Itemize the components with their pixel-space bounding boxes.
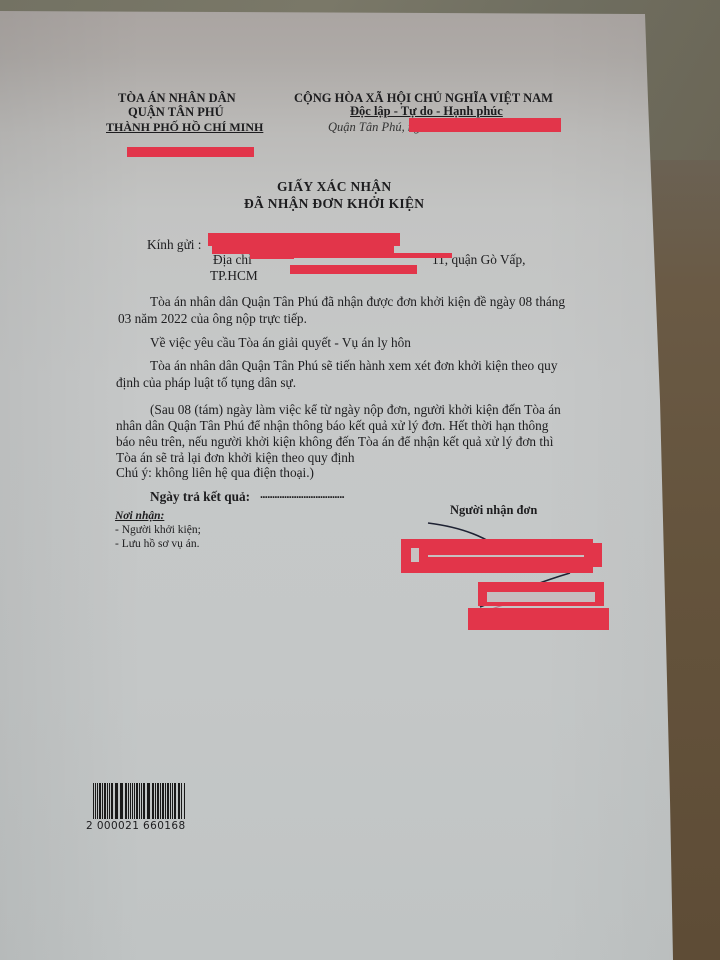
barcode <box>93 783 185 819</box>
court-name-line1: TÒA ÁN NHÂN DÂN <box>118 91 226 106</box>
redacted-date <box>409 118 561 132</box>
para3-line1: Tòa án nhân dân Quận Tân Phú sẽ tiến hàn… <box>150 358 557 374</box>
address-city: TP.HCM <box>210 268 258 284</box>
redaction-notch-gap <box>411 548 419 562</box>
national-motto: Độc lập - Tự do - Hạnh phúc <box>350 104 503 119</box>
redacted-reference-number <box>127 147 254 157</box>
address-label: Địa chỉ <box>213 252 252 268</box>
result-date-label: Ngày trả kết quả: <box>150 489 250 505</box>
court-city: THÀNH PHỐ HỒ CHÍ MINH <box>106 120 258 135</box>
para4-line2: nhân dân Quận Tân Phú để nhận thông báo … <box>116 418 548 434</box>
redacted-address-part <box>250 247 294 259</box>
place-date-prefix: Quận Tân Phú, ng <box>328 120 420 135</box>
para4-line5: Chú ý: không liên hệ qua điện thoại.) <box>116 465 314 481</box>
para1-line2: 03 năm 2022 của ông nộp trực tiếp. <box>118 311 307 327</box>
para4-line4: Tòa án sẽ trả lại đơn khởi kiện theo quy… <box>116 450 355 466</box>
redaction-stamp-gap <box>487 592 595 602</box>
redaction-gap-line <box>428 555 584 557</box>
barcode-number: 2 000021 660168 <box>86 820 186 832</box>
redacted-address-extra <box>290 265 417 274</box>
recipient-item: - Lưu hồ sơ vụ án. <box>115 538 200 550</box>
para4-line1: (Sau 08 (tám) ngày làm việc kể từ ngày n… <box>150 402 561 418</box>
court-name-line2: QUẬN TÂN PHÚ <box>128 105 223 120</box>
redacted-signer-full-name <box>468 608 609 630</box>
para4-line3: báo nêu trên, nếu người khởi kiện không … <box>116 434 553 450</box>
doc-title-line2: ĐÃ NHẬN ĐƠN KHỞI KIỆN <box>244 196 424 212</box>
doc-title-line1: GIẤY XÁC NHẬN <box>277 179 391 195</box>
recipient-item: - Người khởi kiện; <box>115 524 201 536</box>
para1-line1: Tòa án nhân dân Quận Tân Phú đã nhận đượ… <box>150 294 565 310</box>
redacted-address-strike <box>290 253 452 258</box>
redacted-signer-name-edge <box>592 543 602 567</box>
recipients-title: Nơi nhận: <box>115 510 164 522</box>
para2-line1: Về việc yêu cầu Tòa án giải quyết - Vụ á… <box>150 335 411 351</box>
result-date-value: ................................... <box>260 487 344 502</box>
addressee-label: Kính gửi : <box>147 237 202 253</box>
para3-line2: định của pháp luật tố tụng dân sự. <box>116 375 296 391</box>
